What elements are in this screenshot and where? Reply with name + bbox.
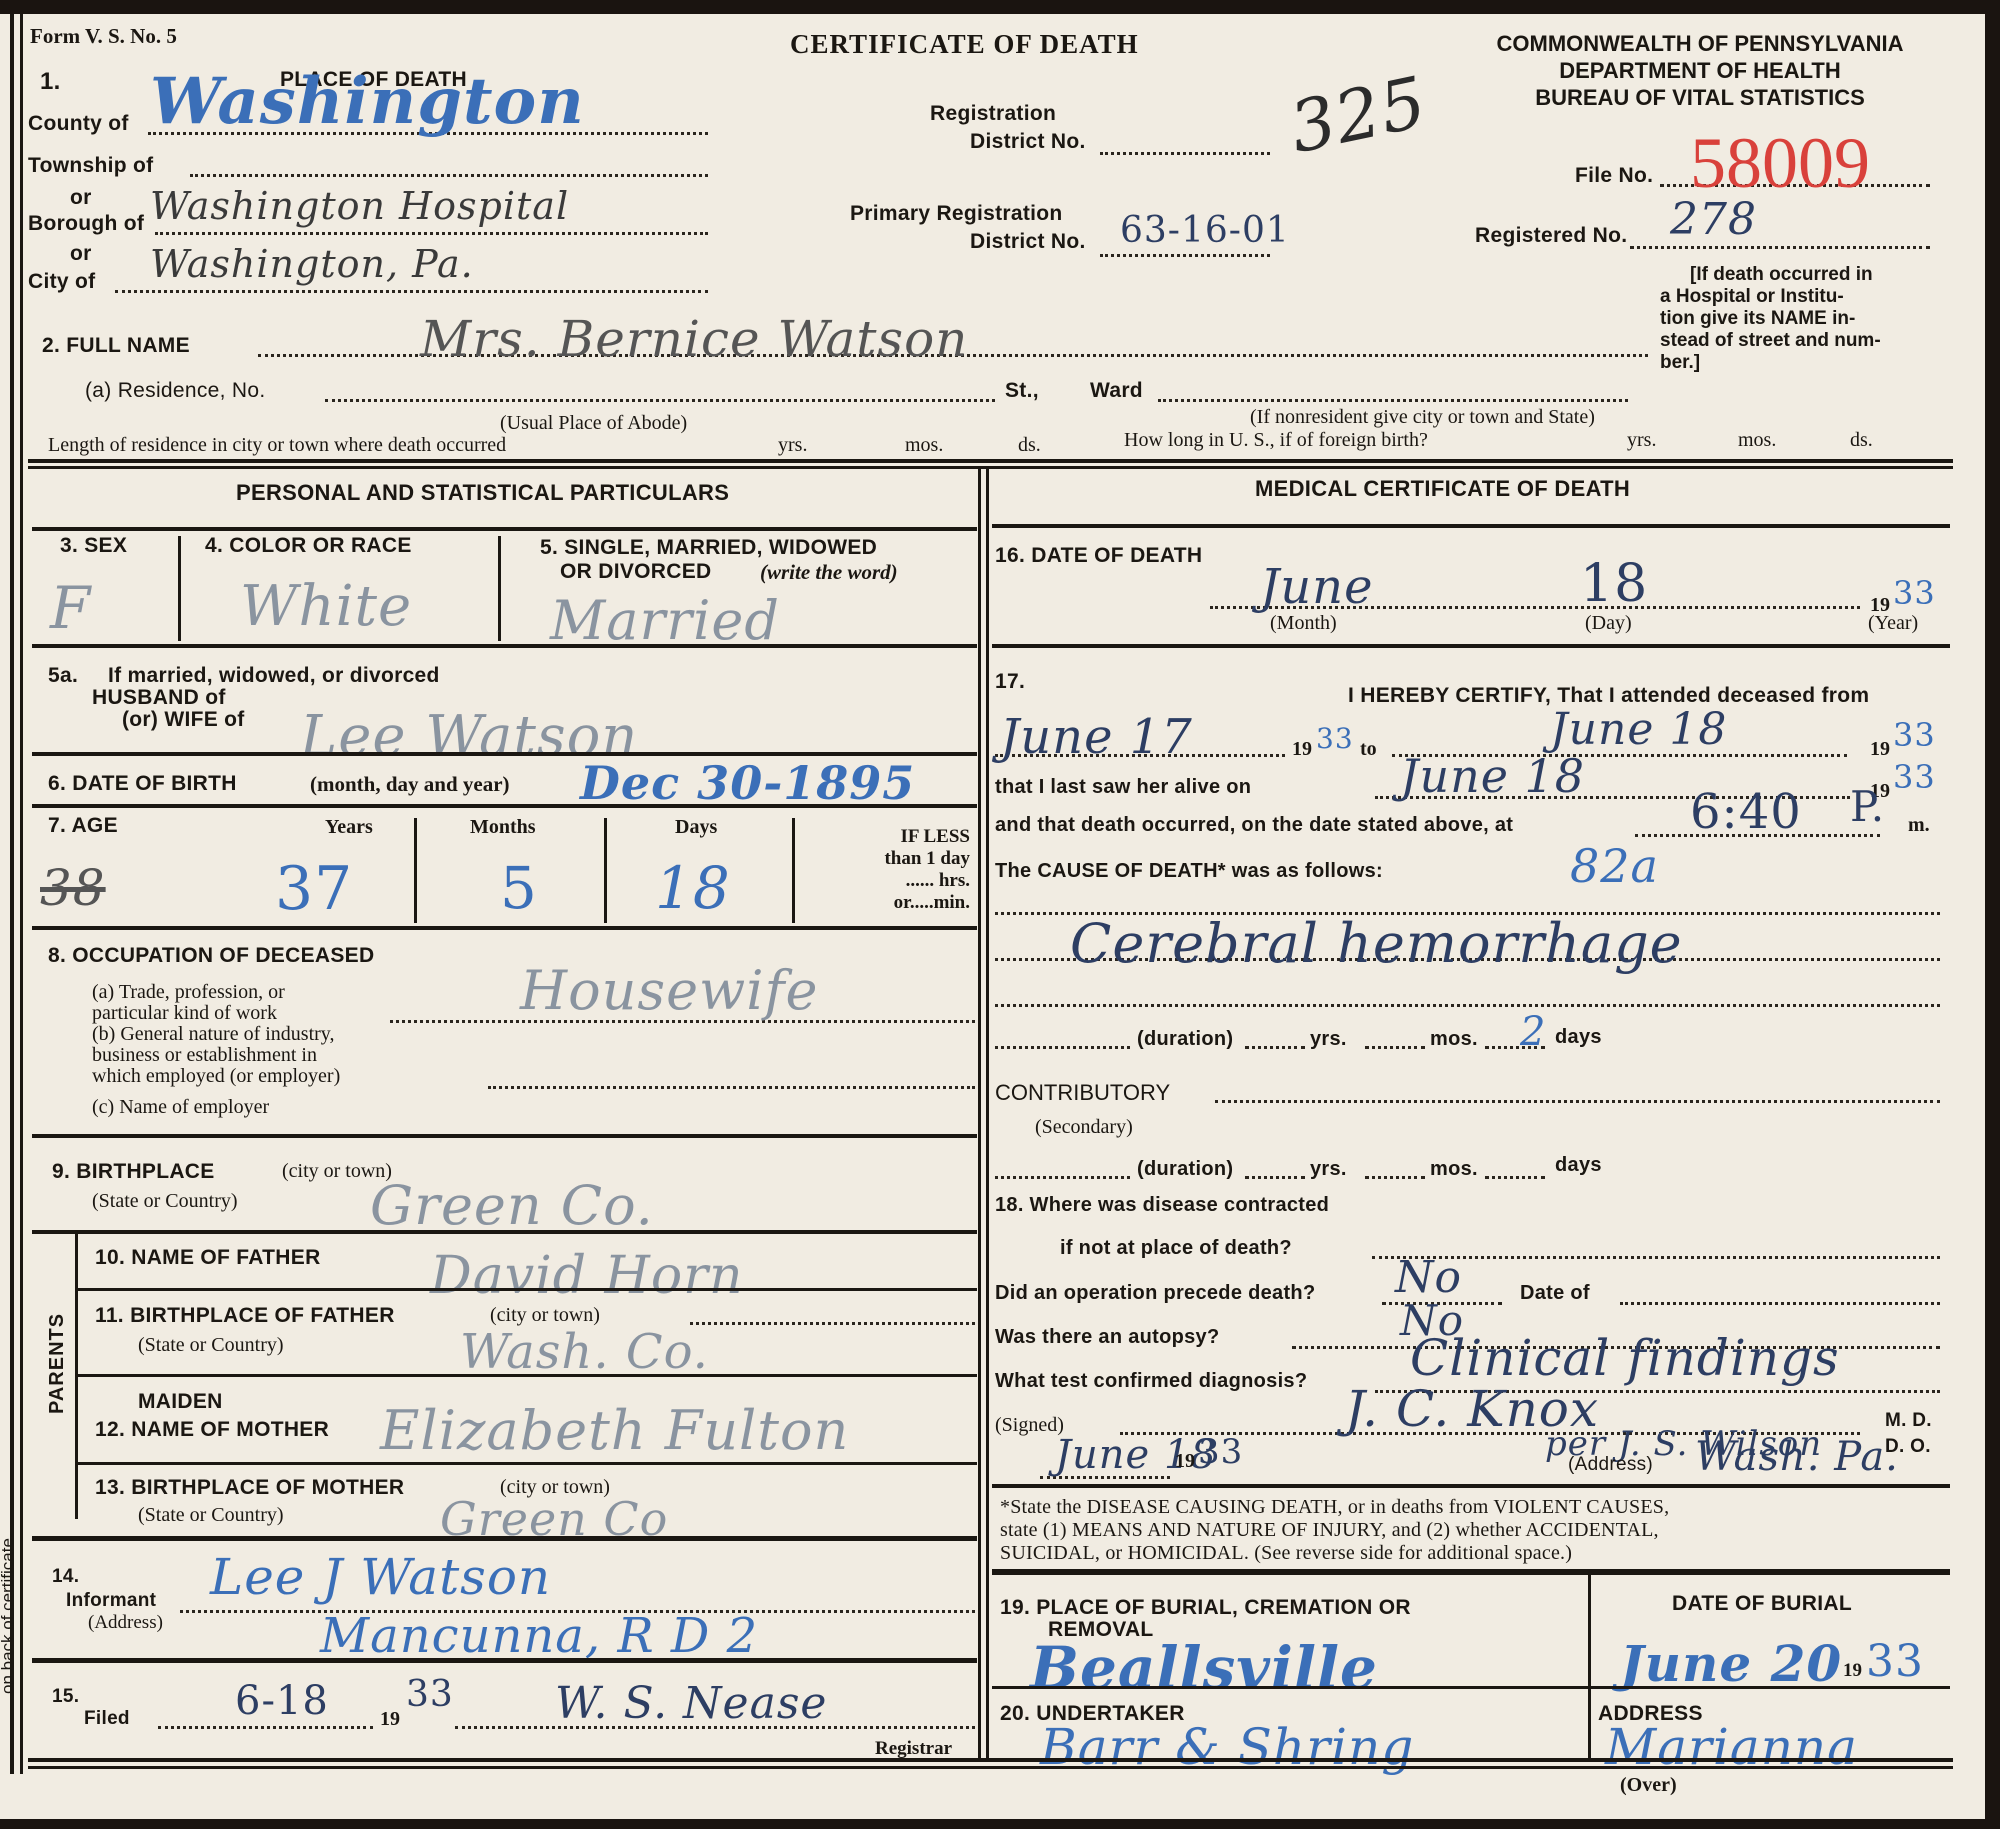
age-struck-value: 38 <box>40 859 106 917</box>
doctor-address-value[interactable]: Wash. Pa. <box>1695 1434 1899 1480</box>
secondary-label: (Secondary) <box>1035 1116 1133 1139</box>
age-months-label: Months <box>470 816 536 839</box>
cause-line-3 <box>995 1004 1940 1007</box>
divider-top-2 <box>28 466 1953 469</box>
dod-label: 16. DATE OF DEATH <box>995 544 1202 568</box>
primary-value[interactable]: 63-16-01 <box>1120 210 1290 251</box>
over-label: (Over) <box>1620 1774 1677 1797</box>
dod-day-note: (Day) <box>1585 612 1632 635</box>
contracted-label-1: 18. Where was disease contracted <box>995 1194 1329 1217</box>
rule-15 <box>32 1658 977 1663</box>
mother-bp-note-2: (State or Country) <box>138 1504 284 1527</box>
operation-label: Did an operation precede death? <box>995 1282 1315 1305</box>
file-label: File No. <box>1575 164 1653 188</box>
father-bp-line <box>690 1322 975 1325</box>
street-label: St., <box>1005 379 1039 403</box>
age-divider-3 <box>792 818 795 923</box>
foreign-ds: ds. <box>1850 429 1873 452</box>
attended-from-value[interactable]: June 17 <box>1000 709 1193 765</box>
age-divider-1 <box>414 818 417 923</box>
burial-place-label-1: 19. PLACE OF BURIAL, CREMATION OR <box>1000 1596 1411 1620</box>
registered-line <box>1630 246 1930 249</box>
informant-label: Informant <box>66 1590 156 1612</box>
occ-b-line <box>488 1086 975 1089</box>
md-label: M. D. <box>1885 1410 1932 1432</box>
cause-code[interactable]: 82a <box>1570 839 1659 893</box>
hospital-note-line: a Hospital or Institu- <box>1660 286 1881 308</box>
county-label: County of <box>28 112 129 136</box>
occ-b-line-2: business or establishment in <box>92 1045 340 1066</box>
marital-label-3: (write the word) <box>760 560 898 585</box>
contributory-line <box>1215 1100 1940 1103</box>
border-left-inner <box>20 14 23 1774</box>
filed-date-value[interactable]: 6-18 <box>235 1678 329 1724</box>
to-year-value[interactable]: 33 <box>1893 716 1936 754</box>
age-years-label: Years <box>325 816 373 839</box>
rule-10 <box>32 1230 977 1234</box>
agency-line-2: DEPARTMENT OF HEALTH <box>1465 57 1935 84</box>
filed-label: Filed <box>84 1708 130 1730</box>
less-line-3: ...... hrs. <box>820 870 970 892</box>
dur2-mos-line <box>1365 1176 1425 1179</box>
length-residence-label: Length of residence in city or town wher… <box>48 434 506 457</box>
race-value[interactable]: White <box>240 574 412 639</box>
hospital-note-line: ber.] <box>1660 352 1881 374</box>
informant-number: 14. <box>52 1566 79 1588</box>
dur2-yrs-label: yrs. <box>1310 1158 1347 1181</box>
mother-value[interactable]: Elizabeth Fulton <box>380 1399 849 1462</box>
or-label-1: or <box>70 186 92 210</box>
city-value[interactable]: Washington, Pa. <box>150 242 474 286</box>
father-bp-label: 11. BIRTHPLACE OF FATHER <box>95 1304 395 1328</box>
less-line-2: than 1 day <box>820 848 970 870</box>
last-saw-value[interactable]: June 18 <box>1400 749 1585 803</box>
test-value[interactable]: Clinical findings <box>1410 1329 1840 1387</box>
spouse-label-wife: (or) WIFE of <box>122 708 245 732</box>
rule-3 <box>32 527 977 531</box>
medical-heading: MEDICAL CERTIFICATE OF DEATH <box>1255 476 1630 502</box>
occupation-c: (c) Name of employer <box>92 1096 269 1119</box>
age-months-value[interactable]: 5 <box>500 854 538 922</box>
marital-value[interactable]: Married <box>550 589 780 652</box>
dob-note: (month, day and year) <box>310 772 510 797</box>
county-value[interactable]: Washington <box>150 64 585 139</box>
borough-label: Borough of <box>28 212 144 236</box>
certify-number: 17. <box>995 670 1025 694</box>
signed-19: 19 <box>1175 1450 1195 1473</box>
agency-line-1: COMMONWEALTH OF PENNSYLVANIA <box>1465 30 1935 57</box>
dur-yrs-line <box>1245 1046 1305 1049</box>
from-year-value[interactable]: 33 <box>1316 722 1354 755</box>
operation-date-line <box>1620 1302 1940 1305</box>
certificate-title: CERTIFICATE OF DEATH <box>790 29 1139 60</box>
length-yrs: yrs. <box>778 434 807 457</box>
rule-13 <box>78 1462 977 1465</box>
burial-divider <box>1588 1575 1591 1759</box>
race-divider <box>498 536 501 641</box>
mother-bp-label: 13. BIRTHPLACE OF MOTHER <box>95 1476 404 1500</box>
test-label: What test confirmed diagnosis? <box>995 1370 1307 1393</box>
primary-label-1: Primary Registration <box>850 202 1063 226</box>
spouse-label-husband: HUSBAND of <box>92 686 226 710</box>
divider-bottom-2 <box>28 1766 1953 1769</box>
informant-address-value[interactable]: Mancunna, R D 2 <box>320 1608 758 1664</box>
contributory-label: CONTRIBUTORY <box>995 1080 1170 1106</box>
burial-year-value[interactable]: 33 <box>1866 1636 1924 1687</box>
spouse-label-num: 5a. <box>48 664 78 688</box>
dob-value[interactable]: Dec 30-1895 <box>580 756 915 810</box>
age-years-value[interactable]: 37 <box>275 854 353 924</box>
occ-a-line-2: particular kind of work <box>92 1003 340 1024</box>
ampm-value[interactable]: P. <box>1850 782 1885 831</box>
registered-label: Registered No. <box>1475 224 1627 248</box>
signed-year-value[interactable]: 33 <box>1198 1432 1243 1472</box>
rule-5a <box>32 644 977 648</box>
duration-line-1 <box>995 1046 1130 1049</box>
to-label: to <box>1360 738 1377 761</box>
hospital-note-line: stead of street and num- <box>1660 330 1881 352</box>
border-left-outer <box>10 14 14 1774</box>
full-name-label: 2. FULL NAME <box>42 334 190 358</box>
place-of-death-number: 1. <box>40 68 61 96</box>
filed-year-value[interactable]: 33 <box>406 1674 454 1715</box>
dur-yrs-label: yrs. <box>1310 1028 1347 1051</box>
occupation-value[interactable]: Housewife <box>520 959 819 1022</box>
city-line <box>115 290 708 293</box>
sex-divider <box>178 536 181 641</box>
occurred-label: and that death occurred, on the date sta… <box>995 814 1513 837</box>
autopsy-label: Was there an autopsy? <box>995 1326 1220 1349</box>
ward-line <box>1158 399 1628 402</box>
duration-label: (duration) <box>1137 1028 1233 1051</box>
divider-top-1 <box>28 459 1953 463</box>
rule-19 <box>992 1569 1950 1575</box>
dur-days-value[interactable]: 2 <box>1520 1009 1546 1055</box>
mother-maiden-label: MAIDEN <box>138 1390 223 1414</box>
dur-mos-label: mos. <box>1430 1028 1478 1051</box>
abode-note: (Usual Place of Abode) <box>500 412 687 435</box>
sex-label: 3. SEX <box>60 534 127 558</box>
informant-value[interactable]: Lee J Watson <box>210 1548 551 1606</box>
m-suffix: m. <box>1908 814 1930 837</box>
primary-label-2: District No. <box>970 230 1086 254</box>
filed-date-line <box>158 1726 373 1729</box>
dod-day-value[interactable]: 18 <box>1580 554 1648 614</box>
age-label: 7. AGE <box>48 814 118 838</box>
center-divider-1 <box>978 469 981 1759</box>
filed-19: 19 <box>380 1708 400 1731</box>
dur-mos-line <box>1365 1046 1425 1049</box>
residence-line <box>325 399 995 402</box>
rule-9 <box>32 1134 977 1138</box>
reg-district-value[interactable]: 325 <box>1283 61 1434 170</box>
age-days-value[interactable]: 18 <box>655 854 731 922</box>
divider-bottom-1 <box>28 1758 1953 1762</box>
father-value[interactable]: David Horn <box>430 1246 744 1306</box>
father-label: 10. NAME OF FATHER <box>95 1246 321 1270</box>
form-number: Form V. S. No. 5 <box>30 24 177 49</box>
file-value[interactable]: 58009 <box>1690 122 1870 205</box>
attended-to-value[interactable]: June 18 <box>1550 704 1727 755</box>
nonresident-note: (If nonresident give city or town and St… <box>1250 406 1595 429</box>
date-of-label: Date of <box>1520 1282 1590 1305</box>
primary-line <box>1100 254 1270 257</box>
registrar-label: Registrar <box>875 1738 952 1760</box>
father-bp-value[interactable]: Wash. Co. <box>460 1324 709 1380</box>
rule-11 <box>78 1288 977 1291</box>
dob-label: 6. DATE OF BIRTH <box>48 772 237 796</box>
dur2-days-line <box>1485 1176 1545 1179</box>
or-label-2: or <box>70 242 92 266</box>
agency-block: COMMONWEALTH OF PENNSYLVANIA DEPARTMENT … <box>1465 30 1935 111</box>
sex-value[interactable]: F <box>50 574 91 642</box>
length-mos: mos. <box>905 434 943 457</box>
dod-year-value[interactable]: 33 <box>1893 574 1936 612</box>
length-ds: ds. <box>1018 434 1041 457</box>
birthplace-value[interactable]: Green Co. <box>370 1174 654 1237</box>
registrar-signature[interactable]: W. S. Nease <box>555 1678 827 1729</box>
less-line-4: or.....min. <box>820 892 970 914</box>
occupation-a: (a) Trade, profession, or particular kin… <box>92 982 340 1087</box>
dod-year-note: (Year) <box>1868 612 1918 635</box>
city-label: City of <box>28 270 95 294</box>
less-line-1: IF LESS <box>820 826 970 848</box>
burial-date-value[interactable]: June 20 <box>1620 1634 1842 1693</box>
dod-month-note: (Month) <box>1270 612 1337 635</box>
dur2-mos-label: mos. <box>1430 1158 1478 1181</box>
birthplace-label: 9. BIRTHPLACE <box>52 1160 215 1184</box>
personal-heading: PERSONAL AND STATISTICAL PARTICULARS <box>236 480 729 506</box>
filed-number: 15. <box>52 1686 79 1708</box>
township-line <box>190 174 708 177</box>
foreign-yrs: yrs. <box>1627 429 1656 452</box>
spouse-label-desc: If married, widowed, or divorced <box>108 664 440 688</box>
rule-16 <box>992 524 1950 528</box>
rule-14 <box>32 1536 977 1541</box>
registered-value[interactable]: 278 <box>1670 194 1757 245</box>
mother-label: 12. NAME OF MOTHER <box>95 1418 329 1442</box>
cause-value[interactable]: Cerebral hemorrhage <box>1070 912 1683 975</box>
occ-a-line-1: (a) Trade, profession, or <box>92 982 340 1003</box>
last-year-value[interactable]: 33 <box>1893 758 1936 796</box>
side-note: on back of certificate. <box>0 1533 18 1694</box>
hospital-note-line: [If death occurred in <box>1660 264 1881 286</box>
last-saw-label: that I last saw her alive on <box>995 776 1251 799</box>
agency-line-3: BUREAU OF VITAL STATISTICS <box>1465 84 1935 111</box>
burial-place-value[interactable]: Beallsville <box>1030 1634 1378 1702</box>
hospital-note: [If death occurred in a Hospital or Inst… <box>1660 264 1881 374</box>
ward-label: Ward <box>1090 379 1143 403</box>
duration-label-2: (duration) <box>1137 1158 1233 1181</box>
burial-date-19: 19 <box>1843 1660 1862 1682</box>
rule-7 <box>32 804 977 808</box>
reg-district-line <box>1100 152 1270 155</box>
reg-district-label-2: District No. <box>970 130 1086 154</box>
borough-line <box>155 232 708 235</box>
signed-label: (Signed) <box>995 1414 1064 1437</box>
doctor-address-label: (Address) <box>1568 1454 1653 1476</box>
footnote-line-3: SUICIDAL, or HOMICIDAL. (See reverse sid… <box>1000 1542 1669 1565</box>
dur2-days-label: days <box>1555 1154 1602 1177</box>
rule-12 <box>78 1374 977 1377</box>
dur-days-label: days <box>1555 1026 1602 1049</box>
burial-date-label: DATE OF BURIAL <box>1672 1592 1852 1616</box>
footnote: *State the DISEASE CAUSING DEATH, or in … <box>1000 1496 1669 1565</box>
township-label: Township of <box>28 154 153 178</box>
less-than-day: IF LESS than 1 day ...... hrs. or.....mi… <box>820 826 970 914</box>
age-divider-2 <box>604 818 607 923</box>
marital-label-1: 5. SINGLE, MARRIED, WIDOWED <box>540 536 877 560</box>
foreign-mos: mos. <box>1738 429 1776 452</box>
occ-b-line-1: (b) General nature of industry, <box>92 1024 340 1045</box>
to-19: 19 <box>1870 738 1890 761</box>
rule-20 <box>992 1686 1950 1689</box>
rule-8 <box>32 926 977 930</box>
reg-district-label-1: Registration <box>930 102 1056 126</box>
center-divider-2 <box>986 469 989 1759</box>
duration-line-2 <box>995 1176 1130 1179</box>
borough-value[interactable]: Washington Hospital <box>150 184 569 228</box>
rule-17 <box>992 644 1950 648</box>
rule-footnote <box>992 1484 1950 1488</box>
dur2-yrs-line <box>1245 1176 1305 1179</box>
age-days-label: Days <box>675 816 717 839</box>
time-value[interactable]: 6:40 <box>1690 784 1802 840</box>
death-certificate: on back of certificate. Form V. S. No. 5… <box>0 14 1985 1819</box>
dod-month-value[interactable]: June <box>1260 559 1373 615</box>
marital-label-2: OR DIVORCED <box>560 560 711 584</box>
residence-label: (a) Residence, No. <box>85 379 265 403</box>
occupation-label: 8. OCCUPATION OF DECEASED <box>48 944 374 968</box>
birthplace-note-2: (State or Country) <box>92 1190 238 1213</box>
from-19: 19 <box>1292 738 1312 761</box>
informant-address-label: (Address) <box>88 1612 163 1634</box>
footnote-line-2: state (1) MEANS AND NATURE OF INJURY, an… <box>1000 1519 1669 1542</box>
occ-b-line-3: which employed (or employer) <box>92 1066 340 1087</box>
father-bp-note-2: (State or Country) <box>138 1334 284 1357</box>
race-label: 4. COLOR OR RACE <box>205 534 412 558</box>
contracted-label-2: if not at place of death? <box>1060 1237 1292 1260</box>
full-name-value[interactable]: Mrs. Bernice Watson <box>420 310 968 368</box>
footnote-line-1: *State the DISEASE CAUSING DEATH, or in … <box>1000 1496 1669 1519</box>
cause-label: The CAUSE OF DEATH* was as follows: <box>995 860 1383 883</box>
parents-label: PARENTS <box>46 1313 69 1414</box>
foreign-label: How long in U. S., if of foreign birth? <box>1124 429 1428 452</box>
hospital-note-line: tion give its NAME in- <box>1660 308 1881 330</box>
